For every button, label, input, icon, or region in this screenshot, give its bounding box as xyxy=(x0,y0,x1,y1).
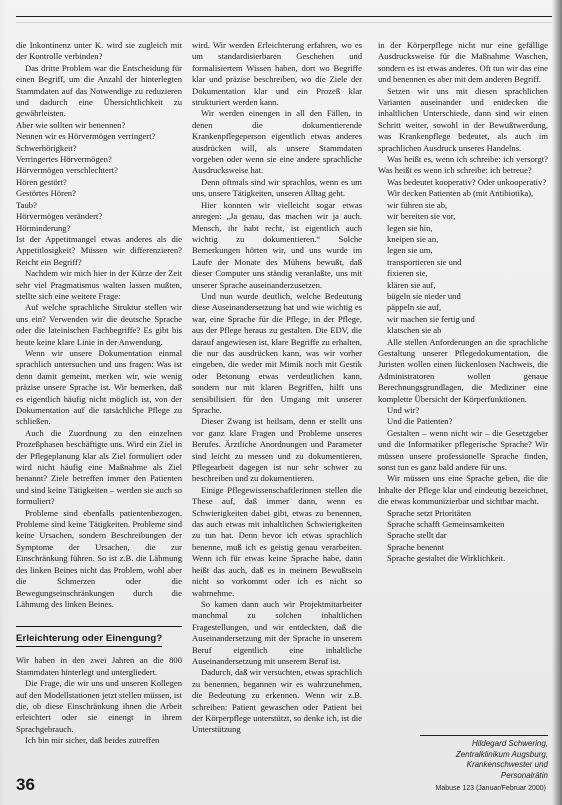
paragraph: Die Frage, die wir uns und unseren Kolle… xyxy=(16,678,182,735)
paragraph: Ich bin mir sicher, daß beides zutreffen xyxy=(16,735,182,746)
author-name: Hildegard Schwering, xyxy=(420,739,548,750)
closing-line: Sprache setzt Prioritäten xyxy=(378,508,548,519)
paragraph: die Inkontinenz unter K. wird sie zuglei… xyxy=(16,40,182,63)
list-item: kneipen sie an, xyxy=(378,234,548,245)
paragraph: Setzen wir uns mit diesen sprachlichen V… xyxy=(378,86,548,154)
list-item: päppeln sie auf, xyxy=(378,302,548,313)
question: Nennen wir es Hörvermögen verringert? xyxy=(16,131,182,142)
paragraph: Das dritte Problem war die Entscheidung … xyxy=(16,63,182,120)
top-rule xyxy=(16,16,552,17)
paragraph: Gestalten – wenn nicht wir – die Gesetzg… xyxy=(378,428,548,474)
paragraph: Was bedeutet kooperativ? Oder unkooperat… xyxy=(378,177,548,188)
top-rule-faint xyxy=(16,22,552,23)
paragraph: Wir decken Patienten ab (mit Antibiotika… xyxy=(378,188,548,199)
author-role: Krankenschwester und Personalrätin xyxy=(420,760,548,781)
closing-line: Sprache gestaltet die Wirklichkeit. xyxy=(378,553,548,564)
author-signature: Hildegard Schwering, Zentralklinikum Aug… xyxy=(420,735,548,781)
paragraph: Probleme sind ebenfalls patientenbezogen… xyxy=(16,508,182,611)
list-item: bügeln sie nieder und xyxy=(378,291,548,302)
paragraph: Auf welche sprachliche Struktur stellen … xyxy=(16,302,182,348)
paragraph: Denn oftmals sind wir sprachlos, wenn es… xyxy=(192,177,362,200)
paragraph: Nachdem wir mich hier in der Kürze der Z… xyxy=(16,268,182,302)
question-list: Aber wie sollten wir benennen? Nennen wi… xyxy=(16,120,182,234)
column-2: wird. Wir werden Erleichterung erfahren,… xyxy=(192,40,362,736)
list-item: transportieren sie und xyxy=(378,257,548,268)
question: Schwerhörigkeit? xyxy=(16,143,182,154)
list-item: wir machen sie fertig und xyxy=(378,314,548,325)
paragraph: Wir haben in den zwei Jahren an die 800 … xyxy=(16,655,182,678)
question: Hörvermögen verschlechtert? xyxy=(16,165,182,176)
list-item: fixieren sie, xyxy=(378,268,548,279)
question: Gestörtes Hören? xyxy=(16,188,182,199)
question: Verringertes Hörvermögen? xyxy=(16,154,182,165)
paragraph: Alle stellen Anforderungen an die sprach… xyxy=(378,337,548,405)
paragraph: Einige Pflegewissenschaftlerinnen stelle… xyxy=(192,485,362,599)
footer-source: Mabuse 123 (Januar/Februar 2000) xyxy=(435,784,546,793)
question: Hörminderung? xyxy=(16,223,182,234)
paragraph: Wenn wir unsere Dokumentation einmal spr… xyxy=(16,348,182,428)
list-item: legen sie hin, xyxy=(378,223,548,234)
closing-line: Sprache benennt xyxy=(378,542,548,553)
paragraph: Auch die Zuordnung zu den einzelnen Proz… xyxy=(16,428,182,508)
question: Hörvermögen verändert? xyxy=(16,211,182,222)
paragraph: Ist der Appetitmangel etwas anderes als … xyxy=(16,234,182,268)
list-item: wir führen sie ab, xyxy=(378,200,548,211)
section-heading-text: Erleichterung oder Einengung? xyxy=(16,633,162,647)
paragraph: Und nun wurde deutlich, welche Bedeutung… xyxy=(192,291,362,416)
closing-line: Sprache stellt dar xyxy=(378,530,548,541)
list-item: klären sie auf, xyxy=(378,280,548,291)
column-3: in der Körperpflege nicht nur eine gefäl… xyxy=(378,40,548,565)
paragraph: So kamen dann auch wir Projektmitarbeite… xyxy=(192,599,362,667)
question: Taub? xyxy=(16,200,182,211)
paragraph: wird. Wir werden Erleichterung erfahren,… xyxy=(192,40,362,108)
page-edge-shadow xyxy=(552,0,562,805)
verb-list: wir führen sie ab, wir bereiten sie vor,… xyxy=(378,200,548,337)
paragraph: Wir müssen uns eine Sprache geben, die d… xyxy=(378,473,548,507)
paragraph: Was heißt es, wenn ich schreibe: ich ver… xyxy=(378,154,548,177)
question: Und die Patienten? xyxy=(378,416,548,427)
list-item: legen sie um, xyxy=(378,245,548,256)
closing-line: Sprache schafft Gemeinsamkeiten xyxy=(378,519,548,530)
paragraph: Hier konnten wir vielleicht sogar etwas … xyxy=(192,200,362,291)
paragraph: Dieser Zwang ist heilsam, denn er stellt… xyxy=(192,416,362,484)
paragraph: Wir werden einengen in all den Fällen, i… xyxy=(192,108,362,176)
paragraph: Dadurch, daß wir versuchten, etwas sprac… xyxy=(192,667,362,735)
paragraph: in der Körperpflege nicht nur eine gefäl… xyxy=(378,40,548,86)
question: Aber wie sollten wir benennen? xyxy=(16,120,182,131)
section-heading: Erleichterung oder Einengung? xyxy=(16,626,182,647)
question: Und wir? xyxy=(378,405,548,416)
column-1: die Inkontinenz unter K. wird sie zuglei… xyxy=(16,40,182,747)
list-item: wir bereiten sie vor, xyxy=(378,211,548,222)
magazine-page: die Inkontinenz unter K. wird sie zuglei… xyxy=(0,0,562,805)
question: Hören gestört? xyxy=(16,177,182,188)
list-item: klatschen sie ab xyxy=(378,325,548,336)
author-institution: Zentralklinikum Augsburg, xyxy=(420,750,548,761)
closing-list: Sprache setzt Prioritäten Sprache schaff… xyxy=(378,508,548,565)
page-number: 36 xyxy=(16,775,35,795)
